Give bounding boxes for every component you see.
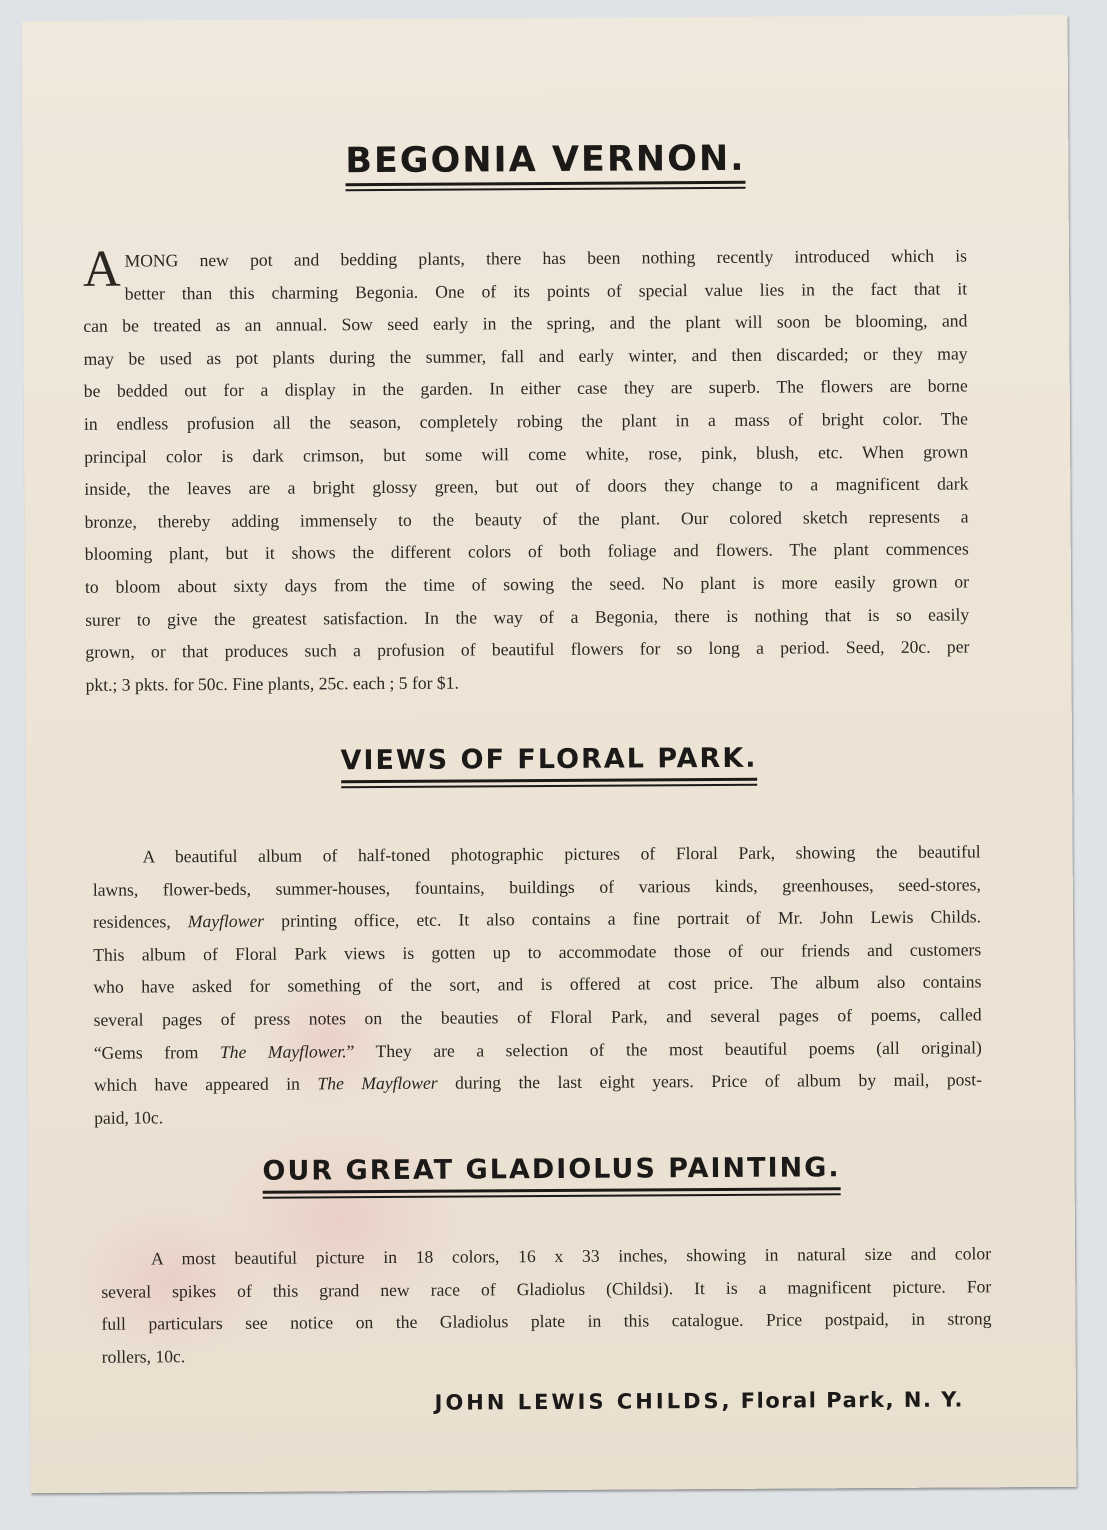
text-line: may be used as pot plants during the sum… xyxy=(83,337,967,375)
text-run: which have appeared in xyxy=(94,1074,318,1095)
italic-title: The Mayflower xyxy=(317,1073,437,1094)
paragraph-begonia: A MONG new pot and bedding plants, there… xyxy=(83,239,970,701)
publisher-place: Floral Park, N. Y. xyxy=(741,1387,964,1412)
text-line: grown, or that produces such a profusion… xyxy=(85,631,969,669)
text-run: “Gems from xyxy=(94,1042,220,1063)
text-line: rollers, 10c. xyxy=(102,1335,992,1373)
text-line: to bloom about sixty days from the time … xyxy=(85,565,969,603)
text-line: MONG new pot and bedding plants, there h… xyxy=(83,239,967,277)
publisher-name: JOHN LEWIS CHILDS, xyxy=(435,1389,733,1415)
double-rule xyxy=(263,1187,841,1199)
text-line: can be treated as an annual. Sow seed ea… xyxy=(83,305,967,343)
text-line: blooming plant, but it shows the differe… xyxy=(85,533,969,571)
heading-text: VIEWS OF FLORAL PARK. xyxy=(340,743,757,777)
heading-text: BEGONIA VERNON. xyxy=(345,139,745,181)
paragraph-floral-park: A beautiful album of half-toned photogra… xyxy=(93,835,983,1134)
text-run: printing office, etc. It also contains a… xyxy=(264,907,981,931)
text-line: A most beautiful picture in 18 colors, 1… xyxy=(101,1237,991,1275)
text-line: full particulars see notice on the Gladi… xyxy=(101,1302,991,1340)
text-line: better than this charming Begonia. One o… xyxy=(83,272,967,310)
text-line: “Gems from The Mayflower.” They are a se… xyxy=(94,1031,982,1069)
heading-text: OUR GREAT GLADIOLUS PAINTING. xyxy=(262,1152,840,1187)
text-line: residences, Mayflower printing office, e… xyxy=(93,901,981,939)
text-line: bronze, thereby adding immensely to the … xyxy=(84,500,968,538)
publisher-signature: JOHN LEWIS CHILDS, Floral Park, N. Y. xyxy=(435,1387,965,1414)
drop-cap: A xyxy=(83,247,121,293)
text-line: in endless profusion all the season, com… xyxy=(84,402,968,440)
text-line: A beautiful album of half-toned photogra… xyxy=(93,835,981,873)
text-line: surer to give the greatest satisfaction.… xyxy=(85,598,969,636)
text-line: which have appeared in The Mayflower dur… xyxy=(94,1064,982,1102)
text-run: residences, xyxy=(93,911,188,932)
text-line: who have asked for something of the sort… xyxy=(93,966,981,1004)
italic-title: Mayflower xyxy=(188,911,264,931)
text-run: during the last eight years. Price of al… xyxy=(438,1070,983,1093)
italic-title: The Mayflower. xyxy=(220,1041,347,1062)
text-line: lawns, flower-beds, summer-houses, fount… xyxy=(93,868,981,906)
text-line: This album of Floral Park views is gotte… xyxy=(93,933,981,971)
section-heading-begonia: BEGONIA VERNON. xyxy=(22,137,1068,193)
text-line: principal color is dark crimson, but som… xyxy=(84,435,968,473)
text-line: paid, 10c. xyxy=(94,1096,982,1134)
text-line: several spikes of this grand new race of… xyxy=(101,1270,991,1308)
text-line: pkt.; 3 pkts. for 50c. Fine plants, 25c.… xyxy=(85,663,969,701)
double-rule xyxy=(341,778,758,789)
double-rule xyxy=(345,181,745,191)
paragraph-gladiolus: A most beautiful picture in 18 colors, 1… xyxy=(101,1237,992,1373)
text-line: inside, the leaves are a bright glossy g… xyxy=(84,468,968,506)
section-heading-gladiolus: OUR GREAT GLADIOLUS PAINTING. xyxy=(28,1151,1074,1200)
catalogue-page: BEGONIA VERNON. A MONG new pot and beddi… xyxy=(22,15,1077,1493)
text-line: several pages of press notes on the beau… xyxy=(94,998,982,1036)
text-run: ” They are a selection of the most beaut… xyxy=(346,1037,981,1061)
text-line: be bedded out for a display in the garde… xyxy=(84,370,968,408)
section-heading-floral-park: VIEWS OF FLORAL PARK. xyxy=(26,741,1072,790)
